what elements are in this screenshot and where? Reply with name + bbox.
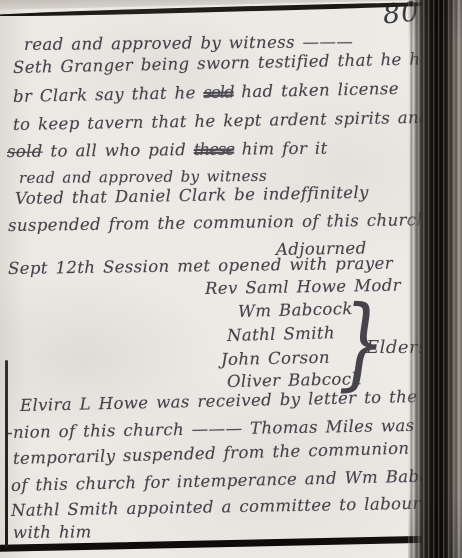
- line-with-him: with him: [13, 522, 92, 542]
- line-sold-to-all: sold to all who paid these him for it: [7, 139, 328, 161]
- crossed-out-word-1: sold: [203, 82, 234, 102]
- scanned-manuscript-page: 80 read and approved by witness ——— Seth…: [0, 0, 462, 558]
- line-suspended-communion: suspended from the communion of this chu…: [8, 210, 428, 235]
- crossed-out-word-2: these: [194, 140, 234, 159]
- line-sold-word: sold: [7, 142, 43, 161]
- line-voted-daniel-clark: Voted that Daniel Clark be indeffinitely: [15, 183, 369, 208]
- line-smith-committee-labour: Nathl Smith appointed a committee to lab…: [11, 494, 421, 520]
- line-kept-tavern: to keep tavern that he kept ardent spiri…: [13, 108, 430, 134]
- line-sept-12-session: Sept 12th Session met opened with prayer: [8, 254, 393, 278]
- line-temporarily-suspended: temporarily suspended from the communion: [13, 439, 410, 468]
- elder-name-nathl-smith: Nathl Smith: [227, 323, 335, 345]
- line-clark-license-pre: br Clark say that he: [13, 83, 196, 106]
- book-binding: [408, 0, 462, 558]
- line-sold-post: him for it: [242, 139, 328, 159]
- line-read-approved-1: read and approved by witness ———: [24, 32, 353, 54]
- line-nion-thomas-miles: -nion of this church ——— Thomas Miles wa…: [7, 416, 415, 442]
- line-sold-mid: to all who paid: [50, 140, 186, 160]
- elder-name-wm-babcock: Wm Babcock: [238, 299, 353, 321]
- elder-name-john-corson: John Corson: [221, 348, 330, 369]
- left-page-edge: [5, 360, 8, 548]
- line-read-approved-2: read and approved by witness: [19, 167, 267, 187]
- line-intemperance-babcock: of this church for intemperance and Wm B…: [11, 466, 460, 495]
- line-clark-license-post: had taken license: [241, 79, 399, 101]
- line-clark-license: br Clark say that he sold had taken lice…: [13, 79, 399, 106]
